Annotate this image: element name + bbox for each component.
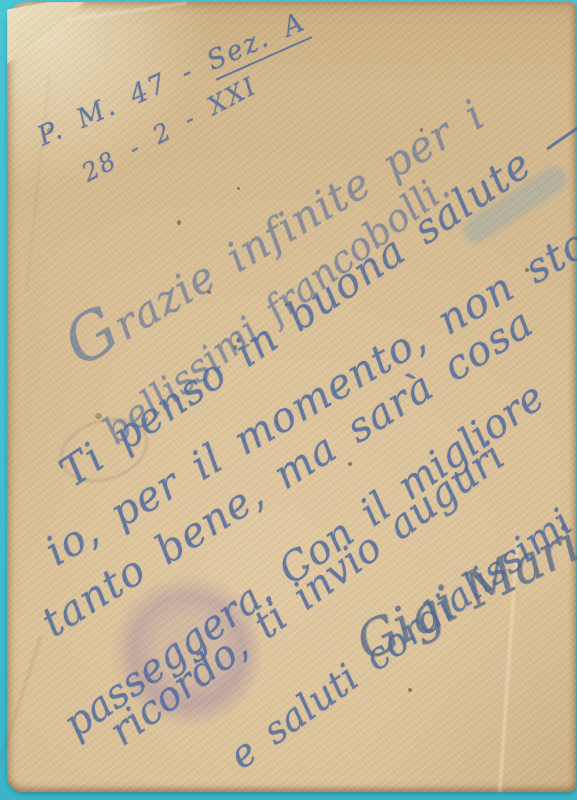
ink-speck xyxy=(348,462,352,466)
ink-speck xyxy=(237,187,240,190)
postcard: P. M. 47 - Sez. A 28 - 2 - XXI Grazie in… xyxy=(7,2,576,792)
scanner-background: P. M. 47 - Sez. A 28 - 2 - XXI Grazie in… xyxy=(0,0,577,800)
ink-speck xyxy=(177,220,181,225)
crease xyxy=(26,72,51,291)
ink-speck xyxy=(408,688,412,692)
torn-corner xyxy=(7,2,85,64)
crease xyxy=(67,2,186,22)
crease xyxy=(0,635,42,778)
section-label: Sez. A xyxy=(202,6,312,80)
